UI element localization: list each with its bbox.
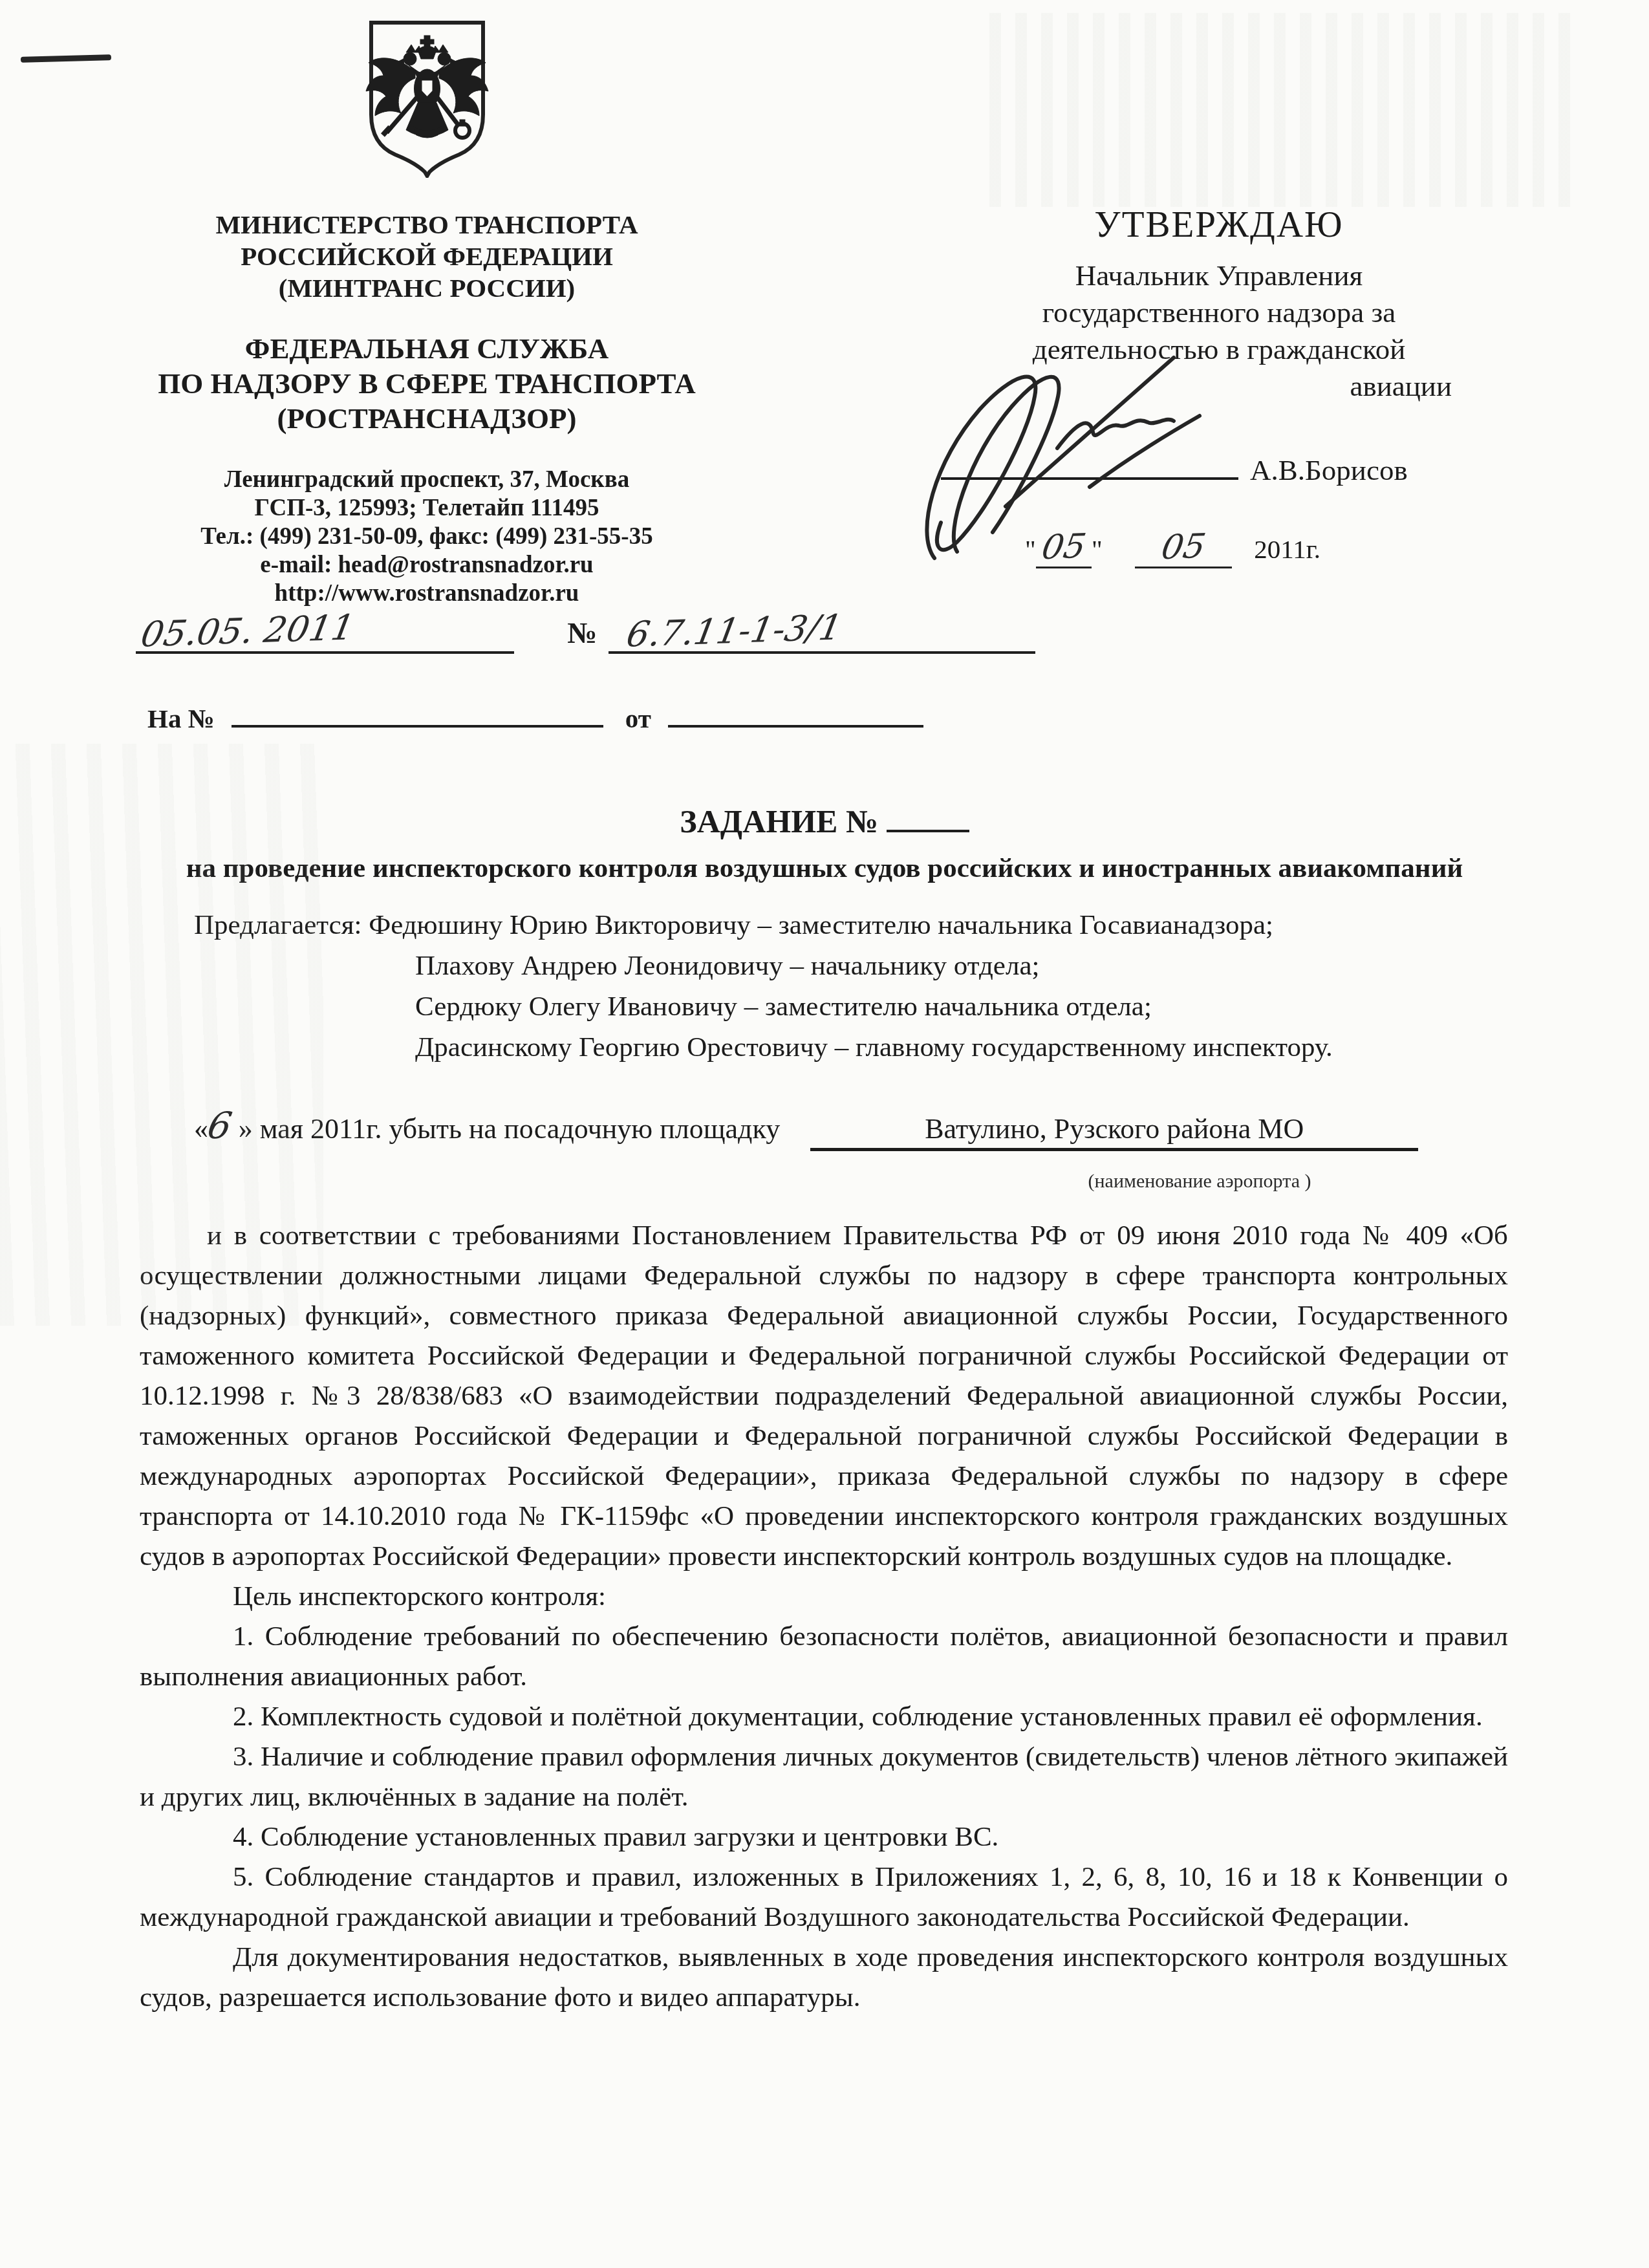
assignee-name: Драсинскому Георгию Орестовичу – главном… <box>415 1032 1333 1063</box>
number-sign-label: № <box>567 616 597 649</box>
ministry-line: МИНИСТЕРСТВО ТРАНСПОРТА <box>107 209 747 241</box>
control-item: 1. Соблюдение требований по обеспечению … <box>140 1617 1508 1697</box>
ministry-line: РОССИЙСКОЙ ФЕДЕРАЦИИ <box>107 241 747 272</box>
quote-open: " <box>1025 534 1036 564</box>
control-item: 4. Соблюдение установленных правил загру… <box>140 1817 1508 1857</box>
scan-noise <box>0 744 323 1326</box>
registration-line: 05.05. 2011 № 6.7.11-1-3/1 <box>136 610 1649 654</box>
assignee-row: Сердюку Олегу Ивановичу – заместителю на… <box>194 986 1507 1027</box>
final-paragraph: Для документирования недостатков, выявле… <box>140 1938 1508 2018</box>
ot-label: от <box>625 704 651 733</box>
ministry-line: (МИНТРАНС РОССИИ) <box>107 272 747 304</box>
outgoing-number-field: 6.7.11-1-3/1 <box>609 610 1035 654</box>
outgoing-date-field: 05.05. 2011 <box>136 610 514 654</box>
coat-of-arms <box>107 16 747 178</box>
signature-row: А.В.Борисов <box>941 438 1497 490</box>
reference-date-blank <box>668 695 923 728</box>
goal-heading: Цель инспекторского контроля: <box>140 1577 1508 1617</box>
assignee-row: Предлагается: Федюшину Юрию Викторовичу … <box>194 905 1507 945</box>
assignee-name: Плахову Андрею Леонидовичу – начальнику … <box>415 951 1039 981</box>
control-item: 3. Наличие и соблюдение правил оформлени… <box>140 1737 1508 1817</box>
service-name: ФЕДЕРАЛЬНАЯ СЛУЖБА ПО НАДЗОРУ В СФЕРЕ ТР… <box>107 331 747 436</box>
signature-line <box>941 438 1238 480</box>
approver-position-line: Начальник Управления <box>941 257 1497 294</box>
service-line: ФЕДЕРАЛЬНАЯ СЛУЖБА <box>107 331 747 366</box>
scanned-document-page: МИНИСТЕРСТВО ТРАНСПОРТА РОССИЙСКОЙ ФЕДЕР… <box>0 0 1649 2268</box>
quote-close: " <box>1092 534 1103 564</box>
ministry-name: МИНИСТЕРСТВО ТРАНСПОРТА РОССИЙСКОЙ ФЕДЕР… <box>107 209 747 304</box>
approval-month-handwritten: 05 <box>1158 527 1208 567</box>
reference-number-blank <box>232 695 603 728</box>
control-item: 2. Комплектность судовой и полётной доку… <box>140 1697 1508 1737</box>
address-line: e-mail: head@rostransnadzor.ru <box>107 551 747 579</box>
assignee-row: Плахову Андрею Леонидовичу – начальнику … <box>194 945 1507 986</box>
agency-address: Ленинградский проспект, 37, Москва ГСП-3… <box>107 466 747 608</box>
approver-name: А.В.Борисов <box>1250 454 1408 486</box>
approval-year: 2011г. <box>1254 534 1320 564</box>
assignee-name: Сердюку Олегу Ивановичу – заместителю на… <box>415 991 1152 1022</box>
airport-name-field: Ватулино, Рузского района МО <box>810 1112 1418 1151</box>
approver-position-line: деятельностью в гражданской <box>941 331 1497 368</box>
assignees-block: Предлагается: Федюшину Юрию Викторовичу … <box>194 905 1507 1068</box>
approver-position-line: авиации <box>941 368 1497 405</box>
address-line: ГСП-3, 125993; Телетайп 111495 <box>107 494 747 523</box>
approval-title: УТВЕРЖДАЮ <box>941 204 1497 246</box>
service-line: ПО НАДЗОРУ В СФЕРЕ ТРАНСПОРТА <box>107 366 747 401</box>
approval-day-handwritten: 05 <box>1039 527 1088 567</box>
russia-coat-of-arms-icon <box>361 16 493 178</box>
assignee-name: Федюшину Юрию Викторовичу – заместителю … <box>369 910 1273 940</box>
outgoing-number-handwritten: 6.7.11-1-3/1 <box>624 607 846 654</box>
na-number-label: На № <box>147 704 215 733</box>
approval-date-row: "05" 05 2011г. <box>1025 528 1497 568</box>
address-line: http://www.rostransnadzor.ru <box>107 579 747 608</box>
document-body: и в соответствии с требованиями Постанов… <box>140 1216 1508 2018</box>
address-line: Ленинградский проспект, 37, Москва <box>107 466 747 494</box>
approver-position-line: государственного надзора за <box>941 294 1497 331</box>
control-item: 5. Соблюдение стандартов и правил, излож… <box>140 1857 1508 1938</box>
departure-line: «6 » мая 2011г. убыть на посадочную площ… <box>194 1105 1507 1151</box>
task-number-blank <box>887 797 969 832</box>
document-title: ЗАДАНИЕ № <box>680 803 878 839</box>
approval-month-field: 05 <box>1135 528 1232 568</box>
agency-block: МИНИСТЕРСТВО ТРАНСПОРТА РОССИЙСКОЙ ФЕДЕР… <box>107 16 747 608</box>
approval-day-field: 05 <box>1036 528 1092 568</box>
service-line: (РОСТРАНСНАДЗОР) <box>107 401 747 436</box>
legal-basis-paragraph: и в соответствии с требованиями Постанов… <box>140 1216 1508 1577</box>
letterhead: МИНИСТЕРСТВО ТРАНСПОРТА РОССИЙСКОЙ ФЕДЕР… <box>0 0 1649 608</box>
approval-block: УТВЕРЖДАЮ Начальник Управления государст… <box>941 16 1497 608</box>
reference-line: На №от <box>147 695 1649 734</box>
departure-text: мая 2011г. убыть на посадочную площадку <box>260 1113 781 1145</box>
airport-caption: (наименование аэропорта ) <box>892 1171 1507 1193</box>
assignee-row: Драсинскому Георгию Орестовичу – главном… <box>194 1027 1507 1068</box>
address-line: Тел.: (499) 231-50-09, факс: (499) 231-5… <box>107 523 747 551</box>
document-subtitle: на проведение инспекторского контроля во… <box>178 849 1471 888</box>
outgoing-date-handwritten: 05.05. 2011 <box>138 607 358 654</box>
